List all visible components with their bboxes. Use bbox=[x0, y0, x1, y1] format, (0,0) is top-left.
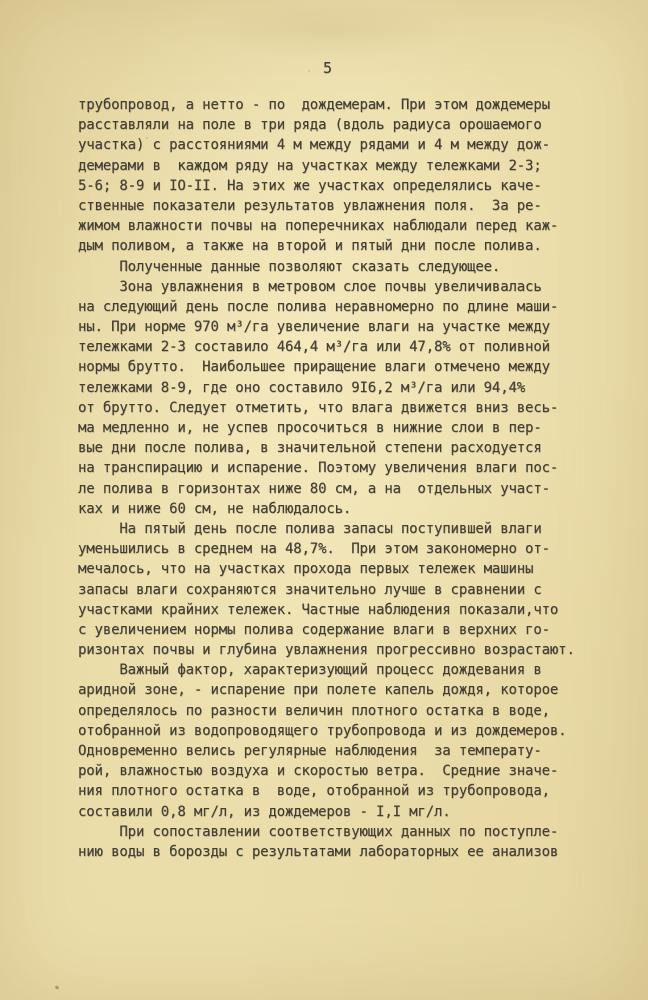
text-line: тележками 8-9, где оно составило 9I6,2 м… bbox=[78, 378, 590, 398]
text-line: ма медленно и, не успев просочиться в ни… bbox=[78, 418, 590, 438]
text-line: аридной зоне, - испарение при полете кап… bbox=[78, 680, 590, 700]
text-line: отобранной из водопроводящего трубопрово… bbox=[78, 721, 590, 741]
text-line: трубопровод, а нетто - по дождемерам. Пр… bbox=[78, 95, 590, 115]
scanned-document-page: 5 трубопровод, а нетто - по дождемерам. … bbox=[0, 0, 648, 1000]
text-line: При сопоставлении соответствующих данных… bbox=[78, 822, 590, 842]
text-line: на транспирацию и испарение. Поэтому уве… bbox=[78, 458, 590, 478]
body-text: трубопровод, а нетто - по дождемерам. Пр… bbox=[78, 95, 590, 862]
text-line: с увеличением нормы полива содержание вл… bbox=[78, 620, 590, 640]
text-line: ризонтах почвы и глубина увлажнения прог… bbox=[78, 640, 590, 660]
text-line: запасы влаги сохраняются значительно луч… bbox=[78, 580, 590, 600]
text-line: 5-6; 8-9 и IO-II. На этих же участках оп… bbox=[78, 176, 590, 196]
text-line: составили 0,8 мг/л, из дождемеров - I,I … bbox=[78, 802, 590, 822]
text-line: ственные показатели результатов увлажнен… bbox=[78, 196, 590, 216]
text-line: Зона увлажнения в метровом слое почвы ув… bbox=[78, 277, 590, 297]
text-line: вые дни после полива, в значительной сте… bbox=[78, 438, 590, 458]
text-line: нию воды в борозды с результатами лабора… bbox=[78, 842, 590, 862]
text-line: определялось по разности величин плотног… bbox=[78, 701, 590, 721]
text-line: ле полива в горизонтах ниже 80 см, а на … bbox=[78, 479, 590, 499]
text-line: дым поливом, а также на второй и пятый д… bbox=[78, 236, 590, 256]
page-number: 5 bbox=[78, 59, 578, 77]
text-line: ны. При норме 970 м³/га увеличение влаги… bbox=[78, 317, 590, 337]
text-line: участками крайних тележек. Частные наблю… bbox=[78, 600, 590, 620]
text-line: нормы брутто. Наибольшее приращение влаг… bbox=[78, 357, 590, 377]
text-line: на следующий день после полива неравноме… bbox=[78, 297, 590, 317]
paper-speck bbox=[146, 137, 148, 139]
text-line: ках и ниже 60 см, не наблюдалось. bbox=[78, 499, 590, 519]
paper-speck bbox=[308, 70, 310, 72]
text-line: Важный фактор, характеризующий процесс д… bbox=[78, 660, 590, 680]
paper-speck bbox=[55, 985, 60, 990]
text-line: тележками 2-3 составило 464,4 м³/га или … bbox=[78, 337, 590, 357]
text-line: уменьшились в среднем на 48,7%. При этом… bbox=[78, 539, 590, 559]
text-line: демерами в каждом ряду на участках между… bbox=[78, 156, 590, 176]
text-line: мечалось, что на участках прохода первых… bbox=[78, 559, 590, 579]
text-line: На пятый день после полива запасы поступ… bbox=[78, 519, 590, 539]
text-line: от брутто. Следует отметить, что влага д… bbox=[78, 398, 590, 418]
paper-stain bbox=[200, 0, 460, 60]
text-line: расставляли на поле в три ряда (вдоль ра… bbox=[78, 115, 590, 135]
text-line: участка) с расстояниями 4 м между рядами… bbox=[78, 135, 590, 155]
text-line: жимом влажности почвы на поперечниках на… bbox=[78, 216, 590, 236]
text-line: рой, влажностью воздуха и скоростью ветр… bbox=[78, 761, 590, 781]
text-line: ния плотного остатка в воде, отобранной … bbox=[78, 781, 590, 801]
text-line: Одновременно велись регулярные наблюдени… bbox=[78, 741, 590, 761]
text-line: Полученные данные позволяют сказать след… bbox=[78, 257, 590, 277]
